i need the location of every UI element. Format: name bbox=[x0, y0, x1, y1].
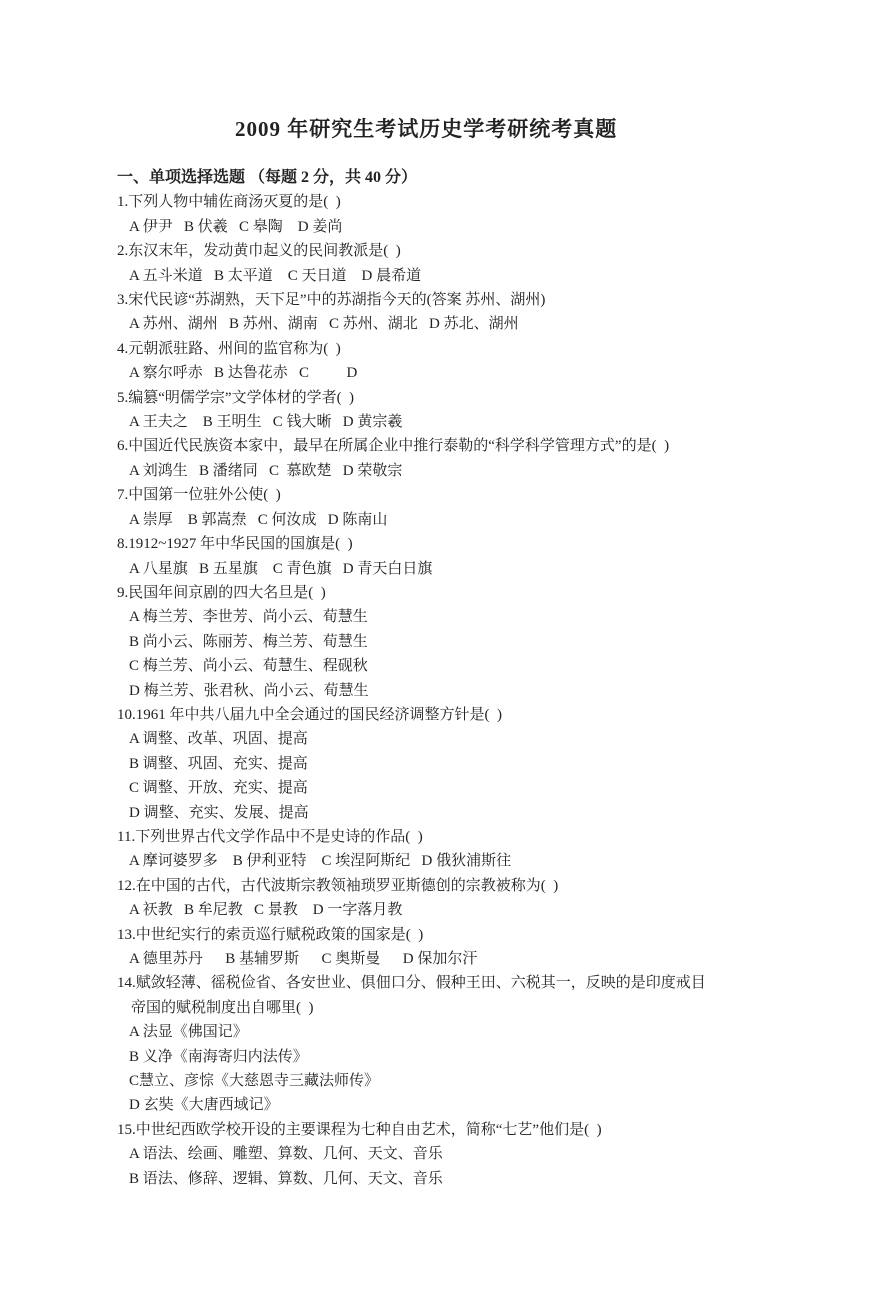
question-option-line: A 法显《佛国记》 bbox=[117, 1020, 810, 1044]
question-option-line: B 义净《南海寄归内法传》 bbox=[117, 1045, 810, 1069]
question-stem-line: 10.1961 年中共八届九中全会通过的国民经济调整方针是( ) bbox=[117, 703, 810, 727]
question-stem-line: 11.下列世界古代文学作品中不是史诗的作品( ) bbox=[117, 825, 810, 849]
question-item: 7.中国第一位驻外公使( )A 崇厚 B 郭嵩焘 C 何汝成 D 陈南山 bbox=[117, 483, 810, 532]
question-item: 15.中世纪西欧学校开设的主要课程为七种自由艺术，简称“七艺”他们是( )A 语… bbox=[117, 1118, 810, 1191]
question-stem-line: 4.元朝派驻路、州间的监官称为( ) bbox=[117, 337, 810, 361]
question-item: 1.下列人物中辅佐商汤灭夏的是( )A 伊尹 B 伏羲 C 皋陶 D 姜尚 bbox=[117, 190, 810, 239]
question-stem-line: 2.东汉末年，发动黄巾起义的民间教派是( ) bbox=[117, 239, 810, 263]
question-option-line: A 祆教 B 牟尼教 C 景教 D 一字落月教 bbox=[117, 898, 810, 922]
question-stem-line: 15.中世纪西欧学校开设的主要课程为七种自由艺术，简称“七艺”他们是( ) bbox=[117, 1118, 810, 1142]
question-option-line: B 尚小云、陈丽芳、梅兰芳、荀慧生 bbox=[117, 630, 810, 654]
question-option-line: A 调整、改革、巩固、提高 bbox=[117, 727, 810, 751]
question-option-line: C 调整、开放、充实、提高 bbox=[117, 776, 810, 800]
question-option-line: A 刘鸿生 B 潘绪同 C 慕欧楚 D 荣敬宗 bbox=[117, 459, 810, 483]
question-list: 1.下列人物中辅佐商汤灭夏的是( )A 伊尹 B 伏羲 C 皋陶 D 姜尚2.东… bbox=[117, 190, 810, 1191]
question-option-line: C慧立、彦悰《大慈恩寺三藏法师传》 bbox=[117, 1069, 810, 1093]
document-title: 2009 年研究生考试历史学考研统考真题 bbox=[235, 116, 810, 142]
question-stem-line: 5.编篡“明儒学宗”文学体材的学者( ) bbox=[117, 386, 810, 410]
question-option-line: D 调整、充实、发展、提高 bbox=[117, 801, 810, 825]
question-item: 13.中世纪实行的索贡巡行赋税政策的国家是( )A 德里苏丹 B 基辅罗斯 C … bbox=[117, 923, 810, 972]
question-item: 10.1961 年中共八届九中全会通过的国民经济调整方针是( )A 调整、改革、… bbox=[117, 703, 810, 825]
question-option-line: A 八星旗 B 五星旗 C 青色旗 D 青天白日旗 bbox=[117, 557, 810, 581]
question-item: 4.元朝派驻路、州间的监官称为( )A 察尔呼赤 B 达鲁花赤 C D bbox=[117, 337, 810, 386]
question-item: 12.在中国的古代，古代波斯宗教领袖琐罗亚斯德创的宗教被称为( )A 祆教 B … bbox=[117, 874, 810, 923]
question-option-line: A 语法、绘画、雕塑、算数、几何、天文、音乐 bbox=[117, 1142, 810, 1166]
section-heading: 一、单项选择选题 （每题 2 分，共 40 分） bbox=[117, 166, 810, 190]
question-item: 2.东汉末年，发动黄巾起义的民间教派是( )A 五斗米道 B 太平道 C 天日道… bbox=[117, 239, 810, 288]
question-stem-line: 1.下列人物中辅佐商汤灭夏的是( ) bbox=[117, 190, 810, 214]
question-stem-line: 9.民国年间京剧的四大名旦是( ) bbox=[117, 581, 810, 605]
question-option-line: B 语法、修辞、逻辑、算数、几何、天文、音乐 bbox=[117, 1167, 810, 1191]
question-stem-line: 14.赋敛轻薄、徭税俭省、各安世业、俱佃口分、假种王田、六税其一，反映的是印度戒… bbox=[117, 971, 810, 995]
exam-document-page: 2009 年研究生考试历史学考研统考真题 一、单项选择选题 （每题 2 分，共 … bbox=[0, 0, 880, 1300]
question-item: 6.中国近代民族资本家中，最早在所属企业中推行泰勒的“科学科学管理方式”的是( … bbox=[117, 434, 810, 483]
question-stem-line: 3.宋代民谚“苏湖熟，天下足”中的苏湖指今天的(答案 苏州、湖州) bbox=[117, 288, 810, 312]
question-item: 5.编篡“明儒学宗”文学体材的学者( )A 王夫之 B 王明生 C 钱大晰 D … bbox=[117, 386, 810, 435]
question-stem-line: 7.中国第一位驻外公使( ) bbox=[117, 483, 810, 507]
question-option-line: A 梅兰芳、李世芳、尚小云、荀慧生 bbox=[117, 605, 810, 629]
question-stem-line: 8.1912~1927 年中华民国的国旗是( ) bbox=[117, 532, 810, 556]
question-stem-line: 12.在中国的古代，古代波斯宗教领袖琐罗亚斯德创的宗教被称为( ) bbox=[117, 874, 810, 898]
question-stem-line: 13.中世纪实行的索贡巡行赋税政策的国家是( ) bbox=[117, 923, 810, 947]
question-stem-line: 6.中国近代民族资本家中，最早在所属企业中推行泰勒的“科学科学管理方式”的是( … bbox=[117, 434, 810, 458]
question-option-line: A 王夫之 B 王明生 C 钱大晰 D 黄宗羲 bbox=[117, 410, 810, 434]
question-item: 8.1912~1927 年中华民国的国旗是( )A 八星旗 B 五星旗 C 青色… bbox=[117, 532, 810, 581]
question-item: 14.赋敛轻薄、徭税俭省、各安世业、俱佃口分、假种王田、六税其一，反映的是印度戒… bbox=[117, 971, 810, 1117]
question-option-line: A 崇厚 B 郭嵩焘 C 何汝成 D 陈南山 bbox=[117, 508, 810, 532]
question-option-line: A 伊尹 B 伏羲 C 皋陶 D 姜尚 bbox=[117, 215, 810, 239]
question-option-line: A 五斗米道 B 太平道 C 天日道 D 晨希道 bbox=[117, 264, 810, 288]
question-option-line: A 德里苏丹 B 基辅罗斯 C 奥斯曼 D 保加尔汗 bbox=[117, 947, 810, 971]
question-option-line: D 玄奘《大唐西域记》 bbox=[117, 1093, 810, 1117]
question-option-line: B 调整、巩固、充实、提高 bbox=[117, 752, 810, 776]
question-item: 3.宋代民谚“苏湖熟，天下足”中的苏湖指今天的(答案 苏州、湖州)A 苏州、湖州… bbox=[117, 288, 810, 337]
question-option-line: A 苏州、湖州 B 苏州、湖南 C 苏州、湖北 D 苏北、湖州 bbox=[117, 312, 810, 336]
question-option-line: A 摩诃婆罗多 B 伊利亚特 C 埃涅阿斯纪 D 俄狄浦斯往 bbox=[117, 849, 810, 873]
question-option-line: A 察尔呼赤 B 达鲁花赤 C D bbox=[117, 361, 810, 385]
question-item: 9.民国年间京剧的四大名旦是( )A 梅兰芳、李世芳、尚小云、荀慧生B 尚小云、… bbox=[117, 581, 810, 703]
question-stem-line: 帝国的赋税制度出自哪里( ) bbox=[117, 996, 810, 1020]
question-option-line: D 梅兰芳、张君秋、尚小云、荀慧生 bbox=[117, 679, 810, 703]
question-option-line: C 梅兰芳、尚小云、荀慧生、程砚秋 bbox=[117, 654, 810, 678]
question-item: 11.下列世界古代文学作品中不是史诗的作品( )A 摩诃婆罗多 B 伊利亚特 C… bbox=[117, 825, 810, 874]
